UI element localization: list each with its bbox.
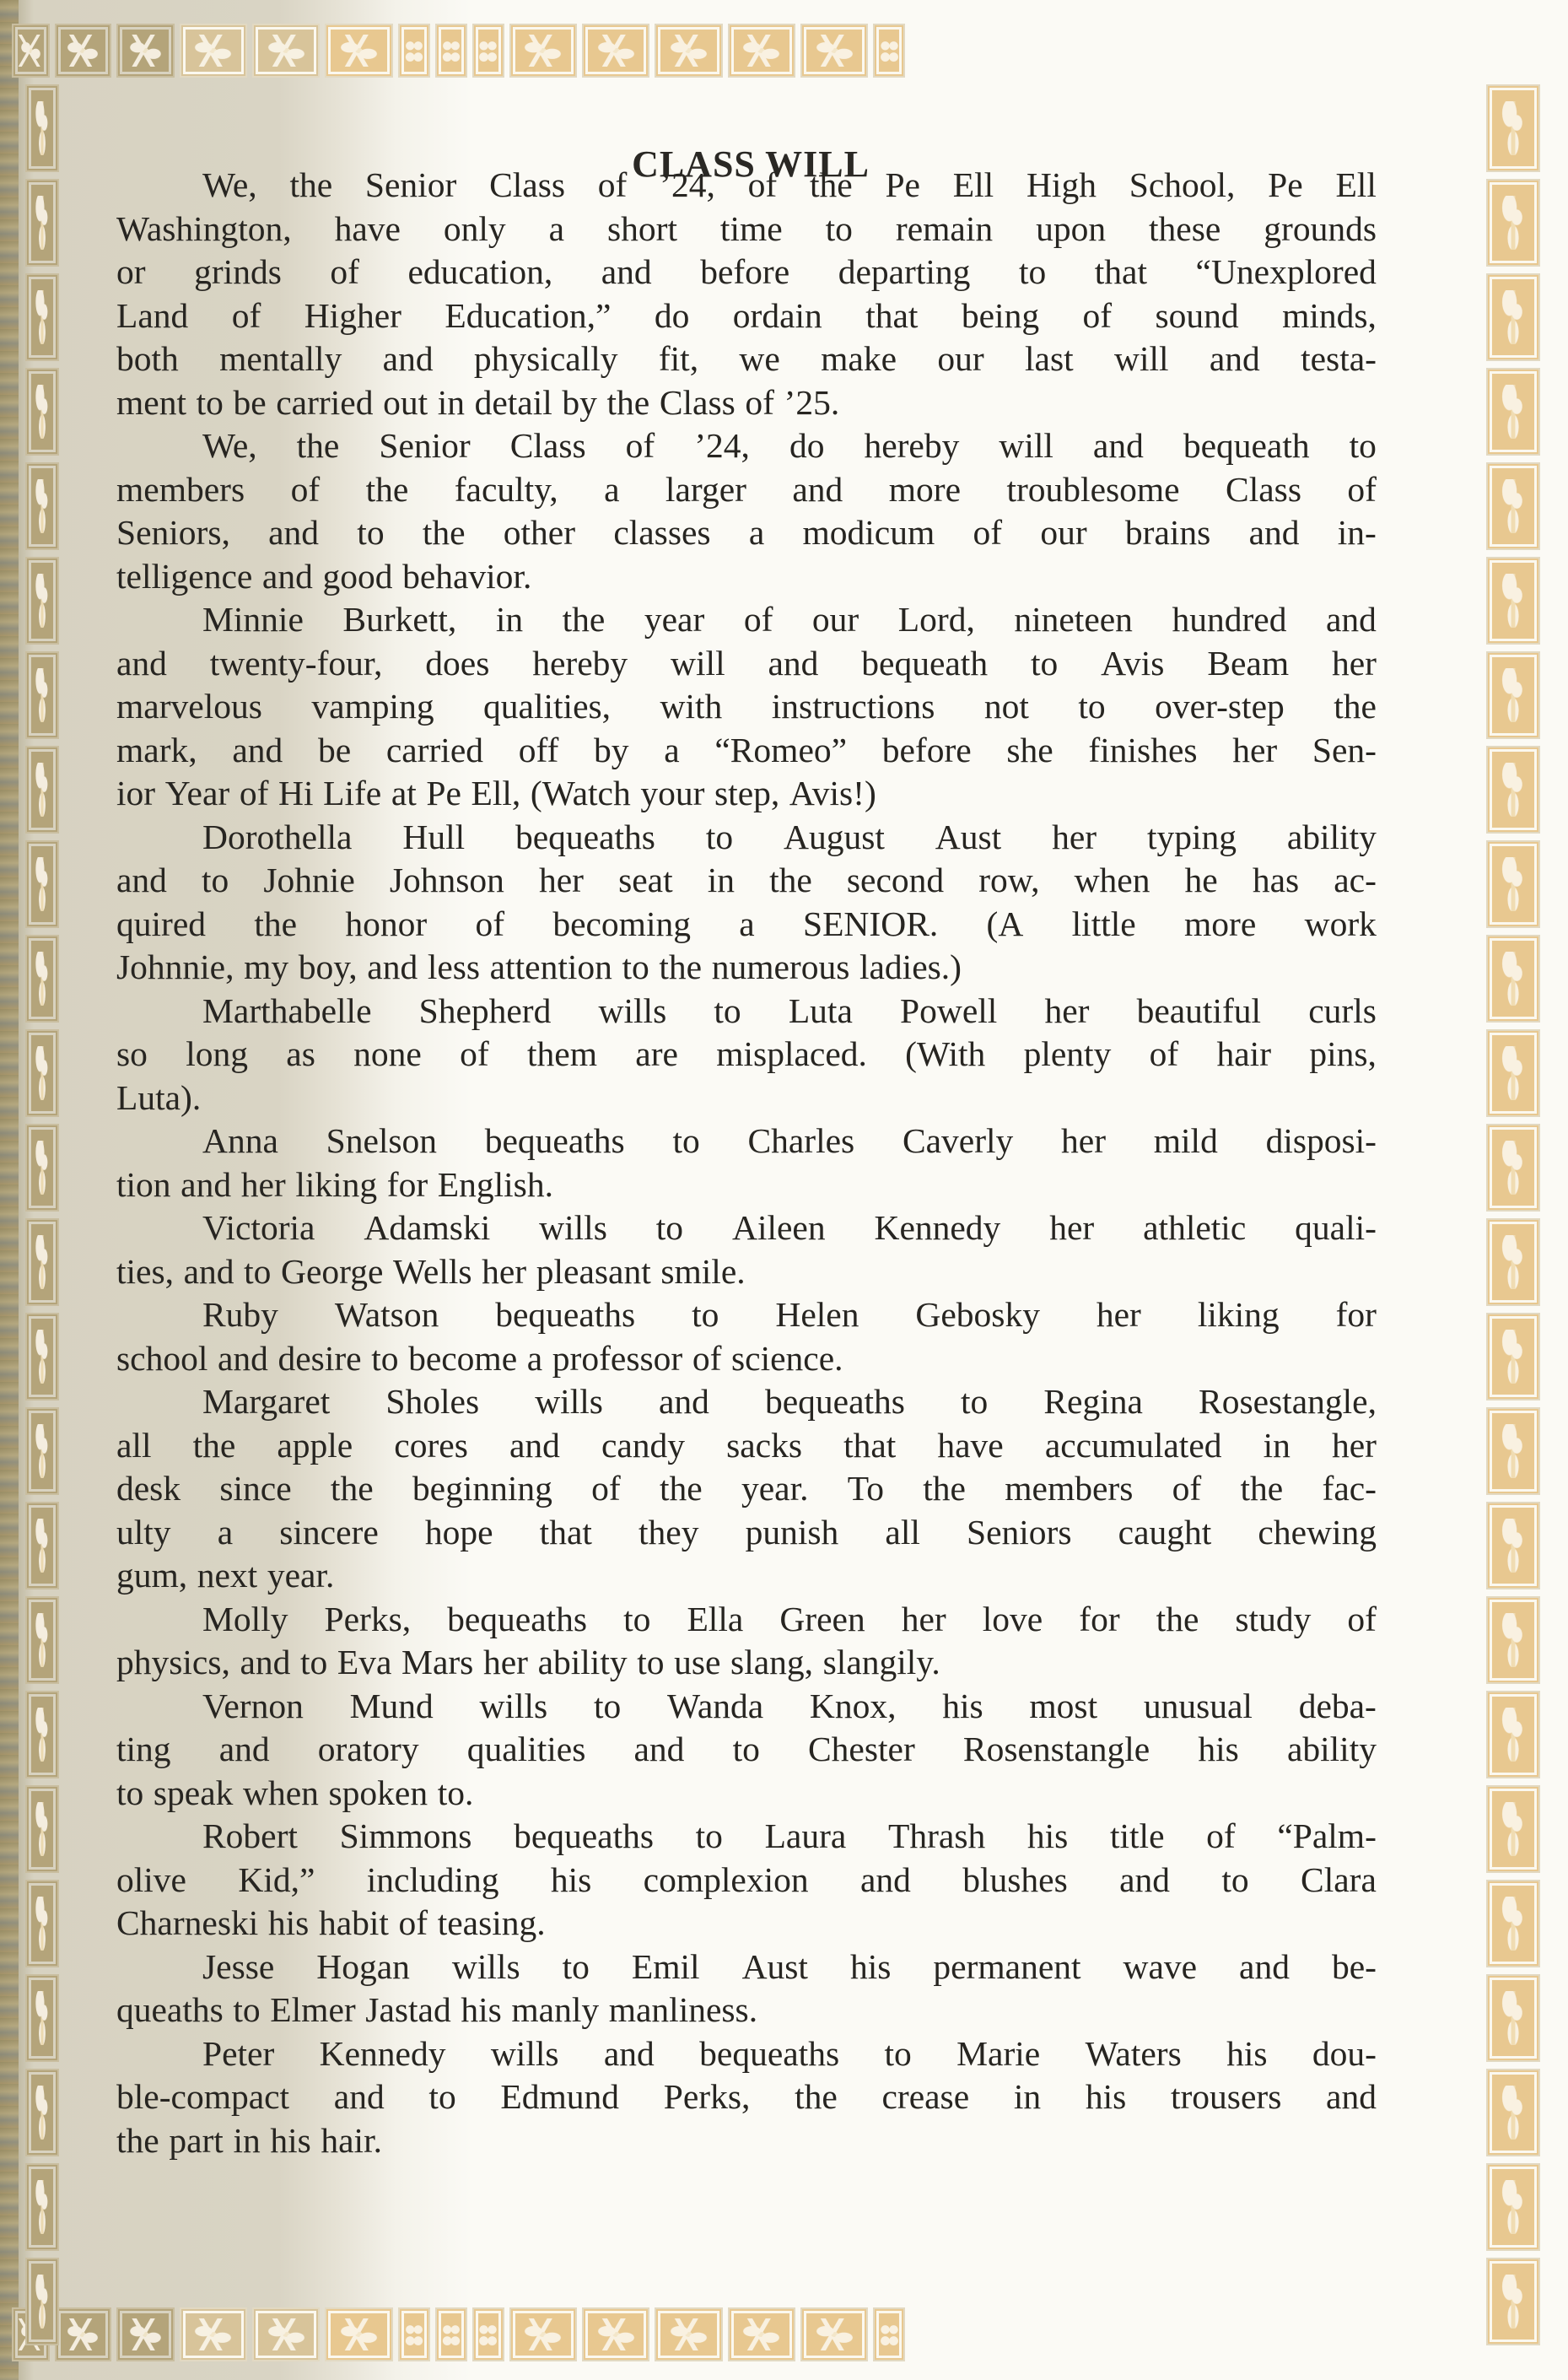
border-ornament-tile [25, 1313, 59, 1400]
border-ornament-tile [25, 1407, 59, 1495]
text-line: marvelousvampingqualities,withinstructio… [116, 685, 1377, 729]
border-ornament-tile [472, 24, 504, 78]
text-line: mark,andbecarriedoffbya“Romeo”beforeshef… [116, 729, 1377, 773]
border-ornament-tile [1486, 273, 1540, 361]
paragraph-victoria-adamski: VictoriaAdamskiwillstoAileenKennedyherat… [116, 1206, 1377, 1293]
text-line: menttobecarriedoutindetailbytheClassof’2… [116, 381, 1377, 425]
text-line: bothmentallyandphysicallyfit,wemakeourla… [116, 337, 1377, 381]
text-line: andtoJohnieJohnsonherseatinthesecondrow,… [116, 859, 1377, 903]
text-line: Johnnie,myboy,andlessattentiontothenumer… [116, 946, 1377, 990]
border-ornament-tile [252, 24, 320, 78]
paragraph-marthabelle-shepherd: MarthabelleShepherdwillstoLutaPowellherb… [116, 990, 1377, 1120]
text-line: ties,andtoGeorgeWellsherpleasantsmile. [116, 1250, 1377, 1294]
border-ornament-tile [12, 24, 50, 78]
border-ornament-tile [1486, 557, 1540, 645]
border-ornament-tile [25, 2069, 59, 2156]
paragraph-vernon-mund: VernonMundwillstoWandaKnox,hismostunusua… [116, 1685, 1377, 1816]
text-line: MargaretSholeswillsandbequeathstoReginaR… [116, 1380, 1377, 1424]
text-line: We,theSeniorClassof’24,ofthePeEllHighSch… [116, 164, 1377, 208]
border-ornament-tile [25, 179, 59, 267]
border-ornament-tile [398, 2307, 430, 2361]
border-ornament-tile [1486, 651, 1540, 739]
text-line: JesseHoganwillstoEmilAusthispermanentwav… [116, 1946, 1377, 1989]
border-ornament-tile [25, 840, 59, 928]
border-ornament-tile [1486, 368, 1540, 456]
border-ornament-tile [25, 1502, 59, 1589]
paragraph-anna-snelson: AnnaSnelsonbequeathstoCharlesCaverlyherm… [116, 1120, 1377, 1206]
class-will-body: We,theSeniorClassof’24,ofthePeEllHighSch… [116, 164, 1377, 2162]
border-ornament-tile [509, 24, 577, 78]
border-ornament-tile [1486, 462, 1540, 550]
border-ornament-tile [25, 1029, 59, 1117]
border-ornament-tile [25, 1691, 59, 1778]
border-ornament-tile [25, 935, 59, 1023]
text-line: orgrindsofeducation,andbeforedepartingto… [116, 251, 1377, 294]
text-line: RubyWatsonbequeathstoHelenGeboskyherliki… [116, 1293, 1377, 1337]
border-ornament-tile [1486, 746, 1540, 834]
text-line: telligenceandgoodbehavior. [116, 555, 1377, 599]
text-line: membersofthefaculty,alargerandmoretroubl… [116, 468, 1377, 512]
border-ornament-tile [1486, 1218, 1540, 1306]
text-line: physics,andtoEvaMarsherabilitytouseslang… [116, 1641, 1377, 1685]
paragraph-dorothella-hull: DorothellaHullbequeathstoAugustAustherty… [116, 816, 1377, 990]
border-ornament-tile [25, 1974, 59, 2062]
border-ornament-tile [800, 2307, 868, 2361]
border-ornament-tile [325, 24, 392, 78]
text-line: tospeakwhenspokento. [116, 1772, 1377, 1816]
text-line: tingandoratoryqualitiesandtoChesterRosen… [116, 1728, 1377, 1772]
paragraph-class-bequest: We,theSeniorClassof’24,doherebywillandbe… [116, 424, 1377, 598]
text-line: desksincethebeginningoftheyear.Tothememb… [116, 1467, 1377, 1511]
text-line: We,theSeniorClassof’24,doherebywillandbe… [116, 424, 1377, 468]
border-ornament-tile [1486, 1502, 1540, 1589]
text-line: oliveKid,”includinghiscomplexionandblush… [116, 1859, 1377, 1902]
text-line: thepartinhishair. [116, 2119, 1377, 2163]
border-ornament-tile [435, 24, 467, 78]
text-line: MarthabelleShepherdwillstoLutaPowellherb… [116, 990, 1377, 1033]
border-ornament-tile [25, 651, 59, 739]
paragraph-preamble: We,theSeniorClassof’24,ofthePeEllHighSch… [116, 164, 1377, 424]
border-ornament-tile [1486, 1313, 1540, 1400]
border-ornament-tile [728, 2307, 795, 2361]
border-ornament-tile [582, 2307, 649, 2361]
border-ornament-tile [25, 462, 59, 550]
text-line: LandofHigherEducation,”doordainthatbeing… [116, 294, 1377, 338]
text-line: VernonMundwillstoWandaKnox,hismostunusua… [116, 1685, 1377, 1729]
border-ornament-tile [116, 24, 175, 78]
border-ornament-tile [116, 2307, 175, 2361]
border-ornament-tile [1486, 1596, 1540, 1684]
text-line: iorYearofHiLifeatPeEll,(Watchyourstep,Av… [116, 772, 1377, 816]
paragraph-robert-simmons: RobertSimmonsbequeathstoLauraThrashhisti… [116, 1815, 1377, 1946]
border-ornament-tile [180, 2307, 247, 2361]
border-ornament-tile [1486, 1407, 1540, 1495]
border-ornament-tile [655, 2307, 722, 2361]
border-ornament-tile [728, 24, 795, 78]
border-ornament-tile [435, 2307, 467, 2361]
border-ornament-tile [1486, 1124, 1540, 1212]
border-ornament-tile [873, 2307, 905, 2361]
border-ornament-tile [1486, 1974, 1540, 2062]
border-ornament-tile [472, 2307, 504, 2361]
border-ornament-tile [252, 2307, 320, 2361]
text-line: tionandherlikingforEnglish. [116, 1163, 1377, 1207]
border-ornament-tile [25, 557, 59, 645]
text-line: ble-compactandtoEdmundPerks,thecreaseinh… [116, 2075, 1377, 2119]
border-ornament-tile [1486, 1691, 1540, 1778]
text-line: quiredthehonorofbecomingaSENIOR.(Alittle… [116, 903, 1377, 947]
paragraph-peter-kennedy: PeterKennedywillsandbequeathstoMarieWate… [116, 2032, 1377, 2163]
border-ornament-tile [325, 2307, 392, 2361]
text-line: VictoriaAdamskiwillstoAileenKennedyherat… [116, 1206, 1377, 1250]
text-line: solongasnoneofthemaremisplaced.(Withplen… [116, 1033, 1377, 1077]
border-ornament-tile [1486, 1029, 1540, 1117]
text-line: Washington,haveonlyashorttimetoremainupo… [116, 208, 1377, 251]
text-line: alltheapplecoresandcandysacksthathaveacc… [116, 1424, 1377, 1468]
page-binding-edge [0, 0, 19, 2380]
border-ornament-tile [180, 24, 247, 78]
border-ornament-tile [1486, 840, 1540, 928]
text-line: DorothellaHullbequeathstoAugustAustherty… [116, 816, 1377, 860]
text-line: schoolanddesiretobecomeaprofessorofscien… [116, 1337, 1377, 1381]
text-line: RobertSimmonsbequeathstoLauraThrashhisti… [116, 1815, 1377, 1859]
border-ornament-tile [25, 1124, 59, 1212]
border-ornament-tile [509, 2307, 577, 2361]
text-line: PeterKennedywillsandbequeathstoMarieWate… [116, 2032, 1377, 2076]
border-ornament-tile [800, 24, 868, 78]
paragraph-minnie-burkett: MinnieBurkett,intheyearofourLord,ninetee… [116, 598, 1377, 816]
text-line: Charneskihishabitofteasing. [116, 1902, 1377, 1946]
border-ornament-tile [25, 746, 59, 834]
border-ornament-tile [1486, 2069, 1540, 2156]
border-ornament-tile [398, 24, 430, 78]
border-ornament-tile [873, 24, 905, 78]
text-line: ultyasincerehopethattheypunishallSeniors… [116, 1511, 1377, 1555]
border-ornament-tile [25, 2163, 59, 2251]
border-ornament-tile [1486, 1785, 1540, 1873]
border-ornament-tile [655, 24, 722, 78]
text-line: Seniors,andtotheotherclassesamodicumofou… [116, 511, 1377, 555]
border-ornament-tile [1486, 2163, 1540, 2251]
border-ornament-tile [55, 2307, 111, 2361]
border-ornament-tile [582, 24, 649, 78]
border-ornament-tile [25, 2258, 59, 2345]
border-ornament-tile [25, 1785, 59, 1873]
border-ornament-tile [1486, 1880, 1540, 1967]
text-line: MollyPerks,bequeathstoEllaGreenherlovefo… [116, 1598, 1377, 1642]
paragraph-margaret-sholes: MargaretSholeswillsandbequeathstoReginaR… [116, 1380, 1377, 1598]
text-line: MinnieBurkett,intheyearofourLord,ninetee… [116, 598, 1377, 642]
text-line: queathstoElmerJastadhismanlymanliness. [116, 1989, 1377, 2032]
paragraph-ruby-watson: RubyWatsonbequeathstoHelenGeboskyherliki… [116, 1293, 1377, 1380]
text-line: Luta). [116, 1077, 1377, 1120]
paragraph-molly-perks: MollyPerks,bequeathstoEllaGreenherlovefo… [116, 1598, 1377, 1685]
border-ornament-tile [55, 24, 111, 78]
text-line: AnnaSnelsonbequeathstoCharlesCaverlyherm… [116, 1120, 1377, 1163]
text-line: andtwenty-four,doesherebywillandbequeath… [116, 642, 1377, 686]
border-ornament-tile [25, 273, 59, 361]
border-ornament-tile [25, 368, 59, 456]
border-ornament-tile [1486, 179, 1540, 267]
border-ornament-tile [25, 1880, 59, 1967]
border-ornament-tile [1486, 935, 1540, 1023]
paragraph-jesse-hogan: JesseHoganwillstoEmilAusthispermanentwav… [116, 1946, 1377, 2032]
border-ornament-tile [25, 1596, 59, 1684]
text-line: gum,nextyear. [116, 1554, 1377, 1598]
border-ornament-tile [25, 1218, 59, 1306]
border-ornament-tile [1486, 2258, 1540, 2345]
